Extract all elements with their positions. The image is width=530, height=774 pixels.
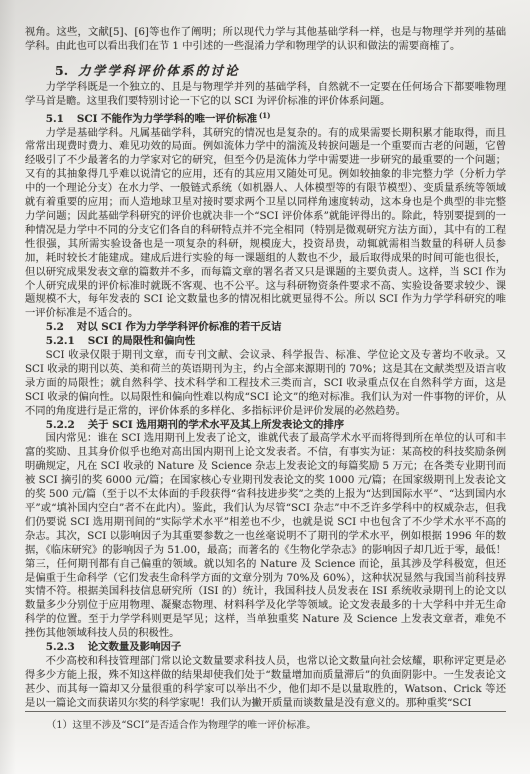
section-5-2-3-title: 论文数量及影响因子 bbox=[88, 641, 182, 653]
footnote-text: （1）这里不涉及“SCI”是否适合作为物理学的唯一评价标准。 bbox=[25, 719, 506, 732]
section-5-2-1-title: SCI 的局限性和偏向性 bbox=[88, 335, 195, 347]
section-5-2-2-paragraph: 国内常见：谁在 SCI 选用期刊上发表了论文，谁就代表了最高学术水平而将得到所在… bbox=[25, 432, 506, 641]
section-5-2-title: 对以 SCI 作为力学学科评价标准的若干反诘 bbox=[77, 321, 282, 333]
section-5-2-number: 5.2 bbox=[46, 321, 64, 333]
section-5-2-1-paragraph: SCI 收录仅限于期刊文章，而专刊文献、会议录、科学报告、标准、学位论文及专著均… bbox=[25, 349, 506, 419]
section-5-1-heading: 5.1SCI 不能作为力学学科的唯一评价标准(1) bbox=[25, 109, 506, 127]
text-column: 视角。这些，文献[5]、[6]等也作了阐明；所以现代力学与其他基础学科一样，也是… bbox=[25, 26, 506, 711]
scanned-document-page: 视角。这些，文献[5]、[6]等也作了阐明；所以现代力学与其他基础学科一样，也是… bbox=[0, 0, 530, 774]
section-5-2-heading: 5.2对以 SCI 作为力学学科评价标准的若干反诘 bbox=[25, 321, 506, 335]
section-5-2-2-title: 关于 SCI 选用期刊的学术水平及其上所发表论文的排序 bbox=[88, 419, 344, 431]
section-5-2-3-heading: 5.2.3论文数量及影响因子 bbox=[25, 641, 506, 655]
footnote-divider bbox=[25, 711, 506, 712]
section-5-1-title: SCI 不能作为力学学科的唯一评价标准 bbox=[77, 113, 257, 125]
section-5-2-1-heading: 5.2.1SCI 的局限性和偏向性 bbox=[25, 335, 506, 349]
section-5-number: 5. bbox=[55, 63, 68, 78]
section-5-intro-paragraph: 力学学科既是一个独立的、且是与物理学并列的基础学科，自然就不一定要在任何场合下都… bbox=[25, 81, 506, 109]
section-5-title: 力学学科评价体系的讨论 bbox=[78, 63, 240, 78]
section-5-1-paragraph: 力学是基础学科。凡属基础学科，其研究的情况也是复杂的。有的成果需要长期积累才能取… bbox=[25, 127, 506, 322]
section-5-2-2-heading: 5.2.2关于 SCI 选用期刊的学术水平及其上所发表论文的排序 bbox=[25, 419, 506, 433]
section-5-1-number: 5.1 bbox=[46, 113, 64, 125]
footnote-marker: (1) bbox=[259, 111, 271, 120]
section-5-2-1-number: 5.2.1 bbox=[46, 335, 75, 347]
paragraph-continuation: 视角。这些，文献[5]、[6]等也作了阐明；所以现代力学与其他基础学科一样，也是… bbox=[25, 26, 506, 54]
section-5-2-3-number: 5.2.3 bbox=[46, 641, 75, 653]
section-5-2-2-number: 5.2.2 bbox=[46, 419, 75, 431]
section-5-heading: 5.力学学科评价体系的讨论 bbox=[25, 62, 506, 79]
section-5-2-3-paragraph: 不少高校和科技管理部门常以论文数量要求科技人员，也常以论文数量向社会炫耀，职称评… bbox=[25, 655, 506, 711]
footnote-area: （1）这里不涉及“SCI”是否适合作为物理学的唯一评价标准。 bbox=[25, 711, 506, 732]
